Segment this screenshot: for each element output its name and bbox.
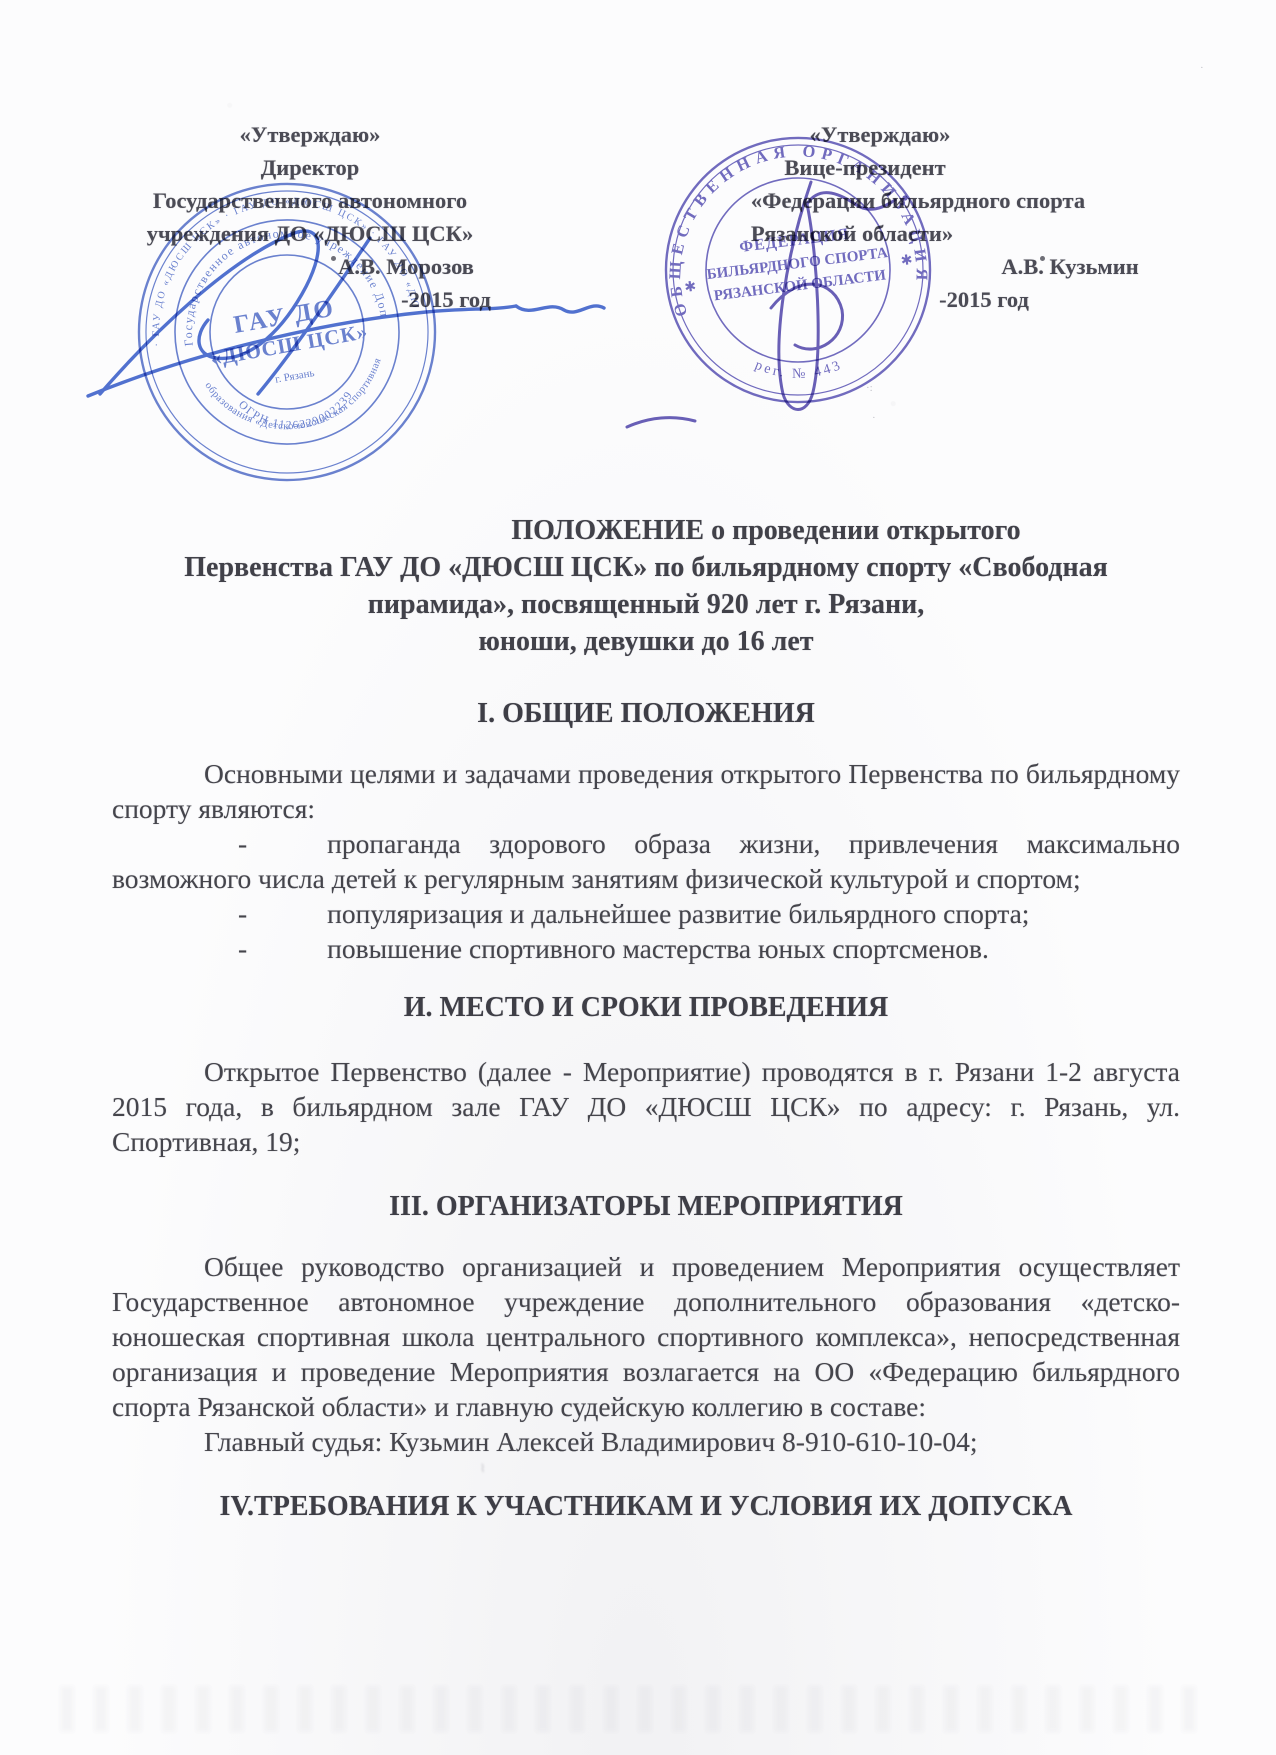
title-line2: Первенства ГАУ ДО «ДЮСШ ЦСК» по бильярдн…	[112, 549, 1180, 586]
signature-kuzmin	[615, 140, 945, 445]
section1-bullet-1: -пропаганда здорового образа жизни, прив…	[112, 826, 1180, 896]
bullet-dash: -	[238, 898, 247, 929]
scan-speck: ·	[872, 412, 876, 424]
section1-heading: I. ОБЩИЕ ПОЛОЖЕНИЯ	[112, 696, 1180, 732]
bullet-text: пропаганда здорового образа жизни, привл…	[112, 828, 1180, 894]
section3-heading: III. ОРГАНИЗАТОРЫ МЕРОПРИЯТИЯ	[112, 1189, 1180, 1225]
scan-speck: ·:	[866, 382, 873, 394]
document-title: ПОЛОЖЕНИЕ о проведении открытого Первенс…	[112, 512, 1180, 660]
scan-smudge-band	[60, 1686, 1216, 1732]
bullet-text: повышение спортивного мастерства юных сп…	[327, 933, 989, 964]
bullet-text: популяризация и дальнейшее развитие биль…	[327, 898, 1029, 929]
title-line3: пирамида», посвященный 920 лет г. Рязани…	[112, 586, 1180, 623]
section2-paragraph: Открытое Первенство (далее - Мероприятие…	[112, 1054, 1180, 1159]
scan-speck: ·	[1200, 62, 1204, 74]
section4-heading: IV.ТРЕБОВАНИЯ К УЧАСТНИКАМ И УСЛОВИЯ ИХ …	[112, 1489, 1180, 1525]
section1-intro: Основными целями и задачами проведения о…	[112, 756, 1180, 826]
title-line4: юноши, девушки до 16 лет	[112, 623, 1180, 660]
section3-paragraph: Общее руководство организацией и проведе…	[112, 1249, 1180, 1424]
title-line1: ПОЛОЖЕНИЕ о проведении открытого	[232, 512, 1276, 549]
section3-judge-line: Главный судья: Кузьмин Алексей Владимиро…	[112, 1424, 1180, 1459]
signature-morozov	[70, 208, 615, 418]
bullet-dash: -	[238, 933, 247, 964]
scanned-document-page: «Утверждаю» Директор Государственного ав…	[0, 0, 1276, 1755]
section1-bullet-2: -популяризация и дальнейшее развитие бил…	[112, 896, 1180, 931]
section1-bullet-3: -повышение спортивного мастерства юных с…	[112, 931, 1180, 966]
bullet-dash: -	[238, 828, 247, 859]
scan-speck: ⌇	[480, 1462, 485, 1475]
section2-heading: И. МЕСТО И СРОКИ ПРОВЕДЕНИЯ	[112, 990, 1180, 1026]
